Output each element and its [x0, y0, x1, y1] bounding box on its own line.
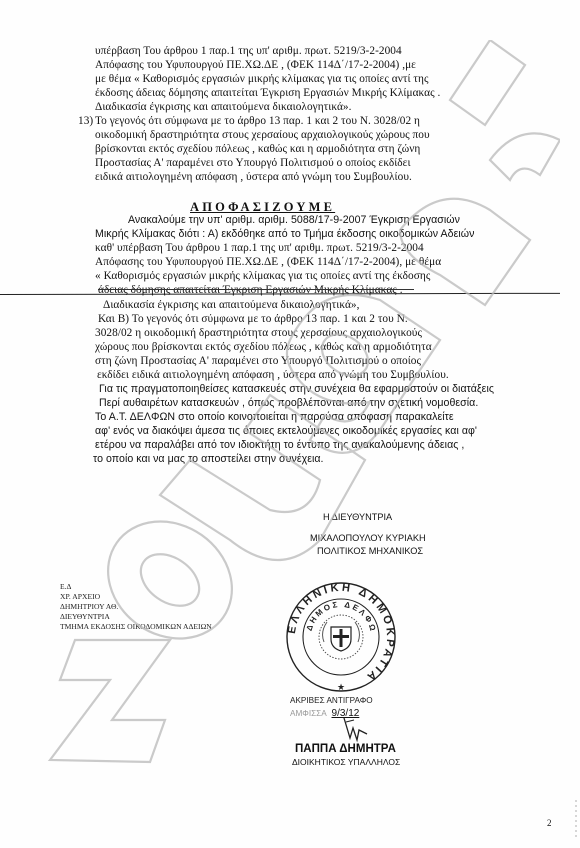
distribution-item: Ε.Δ	[60, 582, 212, 592]
text-line: εκδίδει ειδικά αιτιολογημένη απόφαση , ύ…	[97, 368, 449, 382]
official-stamp: ΕΛΛΗΝΙΚΗ ΔΗΜΟΚΡΑΤΙΑ ΔΗΜΟΣ ΔΕΛΦΩΝ ★	[284, 580, 398, 694]
signatory-title: ΠΟΛΙΤΙΚΟΣ ΜΗΧΑΝΙΚΟΣ	[317, 545, 423, 558]
text-line: ειδικά αιτιολογημένη απόφαση , ύστερα απ…	[95, 170, 412, 184]
text-line: αφ' ενός να διακόψει άμεσα τις όποιες εκ…	[95, 424, 477, 438]
distribution-item: ΤΜΗΜΑ ΕΚΔΟΣΗΣ ΟΙΚΟΔΟΜΙΚΩΝ ΑΔΕΙΩΝ	[60, 622, 212, 632]
text-line: Διαδικασία έγκρισης και απαιτούμενα δικα…	[103, 298, 360, 312]
text-line: Ανακαλούμε την υπ' αριθμ. αριθμ. 5088/17…	[128, 213, 460, 227]
strikethrough-line	[98, 289, 414, 290]
distribution-item: ΧΡ. ΑΡΧΕΙΟ	[60, 592, 212, 602]
signatory-role: Η ΔΙΕΥΘΥΝΤΡΙΑ	[323, 511, 392, 524]
text-line: στη ζώνη Προστασίας Α' παραμένει στο Υπο…	[95, 354, 421, 368]
text-line: Απόφασης του Υφυπουργού ΠΕ.ΧΩ.ΔΕ , (ΦΕΚ …	[95, 58, 416, 72]
text-line: Το γεγονός ότι σύμφωνα με το άρθρο 13 πα…	[95, 114, 420, 128]
scan-edge-marks	[575, 800, 577, 840]
document-page: υπέρβαση Του άρθρου 1 παρ.1 της υπ' αριθ…	[0, 0, 580, 848]
certified-copy-label: ΑΚΡΙΒΕΣ ΑΝΤΙΓΡΑΦΟ	[290, 694, 373, 707]
text-line: έκδοσης άδειας δόμησης απαιτείται Έγκρισ…	[95, 86, 440, 100]
text-line: χώρους που βρίσκονται εκτός σχεδίου πόλε…	[95, 340, 432, 354]
text-line: Για τις πραγματοποιηθείσες κατασκευές στ…	[99, 382, 494, 396]
text-line: ετέρου να παραλάβει από τον ιδιοκτήτη το…	[95, 438, 464, 452]
text-line: το οποίο και να μας το αποστείλει στην σ…	[93, 452, 324, 466]
text-line: Μικρής Κλίμακας διότι : Α) εκδόθηκε από …	[95, 227, 474, 241]
text-line: οικοδομική δραστηριότητα στους χερσαίους…	[95, 128, 430, 142]
signatory-name: ΜΙΧΑΛΟΠΟΥΛΟΥ ΚΥΡΙΑΚΗ	[310, 532, 426, 545]
text-line: Το Α.Τ. ΔΕΛΦΩΝ στο οποίο κοινοποιείται η…	[95, 410, 454, 424]
text-line: Περί αυθαιρέτων κατασκευών , όπως προβλέ…	[99, 396, 478, 410]
text-line: Και Β) Το γεγονός ότι σύμφωνα με το άρθρ…	[98, 312, 408, 326]
certification-place: ΑΜΦΙΣΣΑ	[290, 709, 326, 718]
svg-text:★: ★	[337, 683, 345, 693]
distribution-item: ΔΙΕΥΘΥΝΤΡΙΑ	[60, 612, 212, 622]
stamp-seal-icon: ΕΛΛΗΝΙΚΗ ΔΗΜΟΚΡΑΤΙΑ ΔΗΜΟΣ ΔΕΛΦΩΝ ★	[284, 580, 398, 694]
page-number: 2	[547, 818, 552, 828]
clerk-name: ΠΑΠΠΑ ΔΗΜΗΤΡΑ	[295, 743, 396, 755]
distribution-list: Ε.Δ ΧΡ. ΑΡΧΕΙΟ ΔΗΜΗΤΡΙΟΥ ΑΘ. ΔΙΕΥΘΥΝΤΡΙΑ…	[60, 582, 212, 632]
text-line: υπέρβαση Του άρθρου 1 παρ.1 της υπ' αριθ…	[95, 44, 402, 58]
clerk-title: ΔΙΟΙΚΗΤΙΚΟΣ ΥΠΑΛΛΗΛΟΣ	[292, 757, 400, 767]
text-line: καθ' υπέρβαση Του άρθρου 1 παρ.1 της υπ'…	[95, 241, 424, 255]
struck-text-line: άδειας δόμησης απαιτείται Έγκριση Εργασι…	[98, 283, 403, 297]
text-line: βρίσκονται εκτός σχεδίου πόλεως , καθώς …	[95, 142, 420, 156]
text-line: 3028/02 η οικοδομική δραστηριότητα στους…	[95, 326, 422, 340]
item-number: 13)	[78, 114, 93, 128]
text-line: με θέμα « Καθορισμός εργασιών μικρής κλί…	[95, 72, 429, 86]
text-line: Απόφασης του Υφυπουργού ΠΕ.ΧΩ.ΔΕ , (ΦΕΚ …	[95, 255, 441, 269]
text-line: « Καθορισμός εργασιών μικρής κλίμακας γι…	[95, 269, 430, 283]
signature-icon	[340, 716, 370, 746]
text-line: Διαδικασία έγκρισης και απαιτούμενα δικα…	[95, 100, 352, 114]
distribution-item: ΔΗΜΗΤΡΙΟΥ ΑΘ.	[60, 602, 212, 612]
text-line: Προστασίας Α' παραμένει στο Υπουργό Πολι…	[95, 156, 411, 170]
